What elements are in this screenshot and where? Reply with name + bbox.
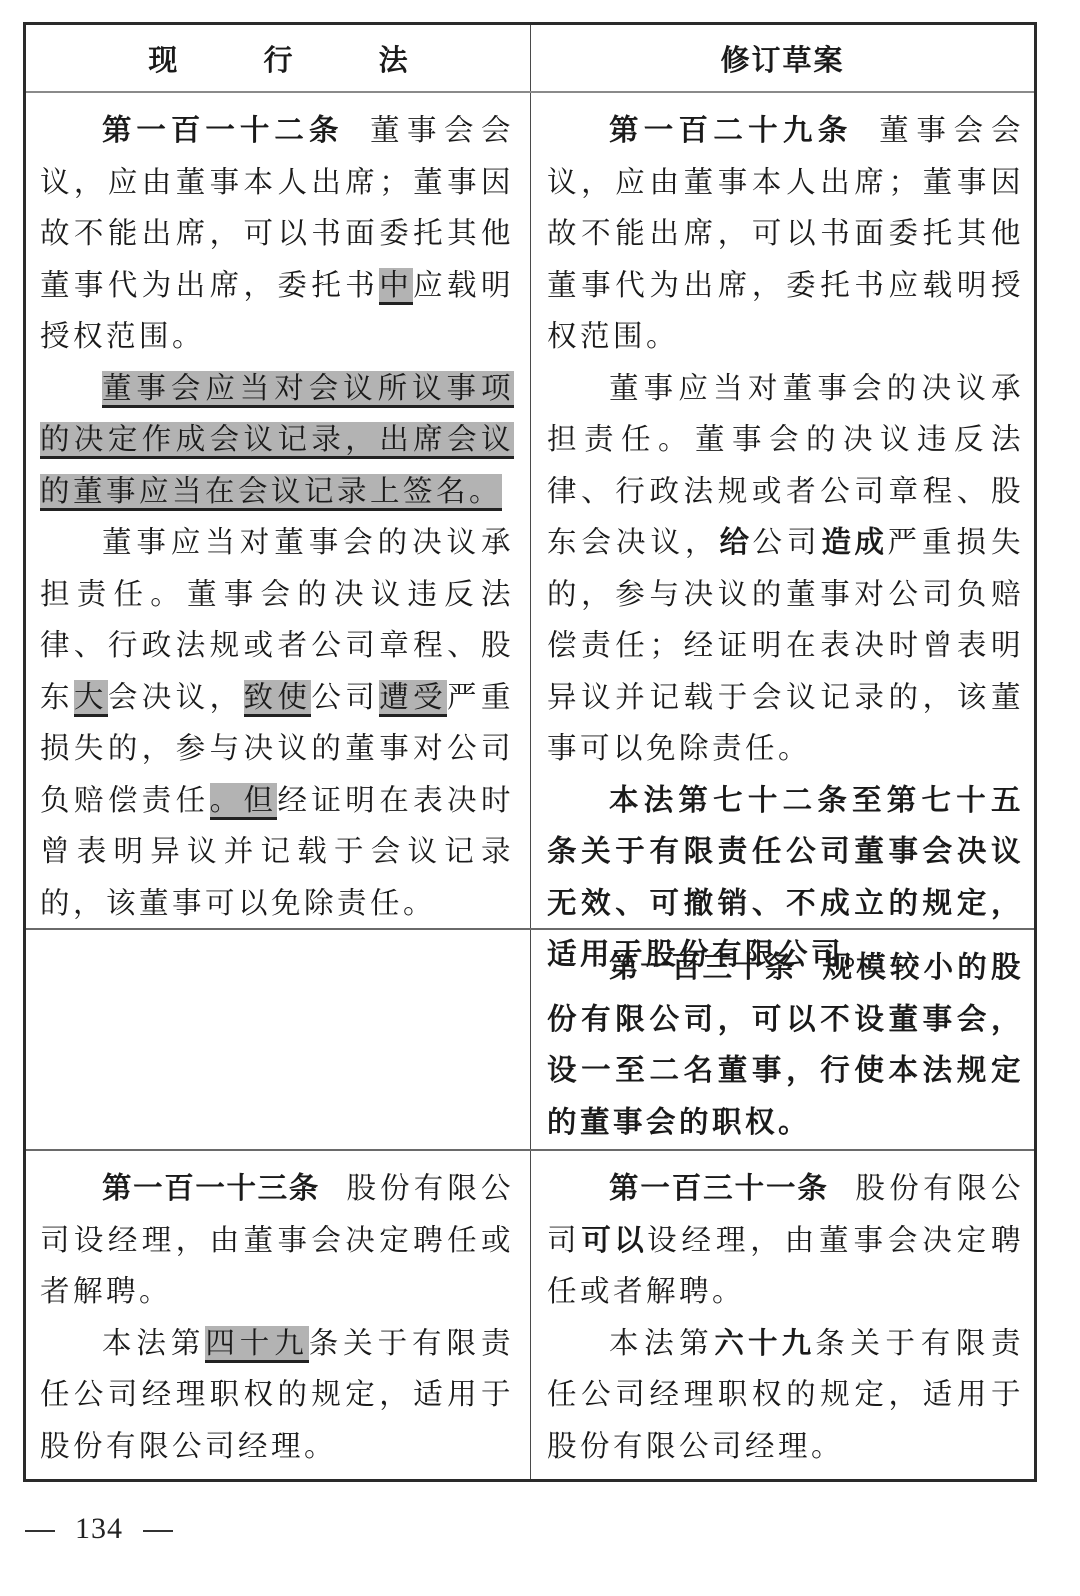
article-paragraph: 本法第六十九条关于有限责任公司经理职权的规定，适用于股份有限公司经理。	[547, 1318, 1024, 1473]
current-law-cell: 第一百一十二条董事会会议，应由董事本人出席；董事因故不能出席，可以书面委托其他董…	[26, 93, 531, 928]
article-paragraph: 第一百一十三条股份有限公司设经理，由董事会决定聘任或者解聘。	[40, 1163, 514, 1318]
article-paragraph: 本法第四十九条关于有限责任公司经理职权的规定，适用于股份有限公司经理。	[40, 1318, 514, 1473]
deleted-text-highlight: 四十九	[205, 1326, 308, 1363]
revised-draft-cell: 第一百三十一条股份有限公司可以设经理，由董事会决定聘任或者解聘。 本法第六十九条…	[531, 1151, 1034, 1479]
revised-draft-cell: 第一百二十九条董事会会议，应由董事本人出席；董事因故不能出席，可以书面委托其他董…	[531, 93, 1034, 928]
added-article-paragraph: 第一百三十条规模较小的股份有限公司，可以不设董事会，设一至二名董事，行使本法规定…	[547, 942, 1024, 1148]
current-law-cell: 第一百一十三条股份有限公司设经理，由董事会决定聘任或者解聘。 本法第四十九条关于…	[26, 1151, 531, 1479]
dash-left	[25, 1530, 55, 1532]
article-number: 第一百三十条	[609, 950, 796, 984]
deleted-text-highlight: 。但	[210, 783, 278, 820]
table-row: 第一百一十二条董事会会议，应由董事本人出席；董事因故不能出席，可以书面委托其他董…	[26, 93, 1034, 930]
deleted-paragraph: 董事会应当对会议所议事项的决定作成会议记录，出席会议的董事应当在会议记录上签名。	[40, 363, 514, 518]
page-number: 134	[25, 1512, 193, 1546]
comparison-table: 现 行 法 修订草案 第一百一十二条董事会会议，应由董事本人出席；董事因故不能出…	[23, 22, 1037, 1482]
added-text: 造成	[821, 525, 887, 559]
deleted-text-highlight: 致使	[244, 680, 312, 717]
table-row: 第一百三十条规模较小的股份有限公司，可以不设董事会，设一至二名董事，行使本法规定…	[26, 930, 1034, 1151]
current-law-cell-empty	[26, 930, 531, 1149]
deleted-text-highlight: 董事会应当对会议所议事项的决定作成会议记录，出席会议的董事应当在会议记录上签名。	[40, 371, 514, 511]
dash-right	[143, 1530, 173, 1532]
deleted-text-highlight: 遭受	[379, 680, 447, 717]
article-paragraph: 第一百二十九条董事会会议，应由董事本人出席；董事因故不能出席，可以书面委托其他董…	[547, 105, 1024, 363]
article-paragraph: 第一百三十一条股份有限公司可以设经理，由董事会决定聘任或者解聘。	[547, 1163, 1024, 1318]
added-text: 六十九	[714, 1326, 815, 1360]
added-text: 给	[719, 525, 752, 559]
deleted-text-highlight: 大	[74, 680, 108, 717]
article-number: 第一百二十九条	[609, 113, 853, 147]
revised-draft-cell: 第一百三十条规模较小的股份有限公司，可以不设董事会，设一至二名董事，行使本法规定…	[531, 930, 1034, 1149]
added-text: 可以	[581, 1223, 647, 1257]
deleted-text-highlight: 中	[379, 268, 413, 305]
article-paragraph: 第一百一十二条董事会会议，应由董事本人出席；董事因故不能出席，可以书面委托其他董…	[40, 105, 514, 363]
header-revised-draft: 修订草案	[531, 25, 1034, 91]
header-current-law: 现 行 法	[26, 25, 531, 91]
table-header-row: 现 行 法 修订草案	[26, 25, 1034, 93]
table-row: 第一百一十三条股份有限公司设经理，由董事会决定聘任或者解聘。 本法第四十九条关于…	[26, 1151, 1034, 1479]
article-paragraph: 董事应当对董事会的决议承担责任。董事会的决议违反法律、行政法规或者公司章程、股东…	[547, 363, 1024, 775]
article-number: 第一百三十一条	[609, 1171, 829, 1205]
current-law-title: 现 行 法	[148, 38, 445, 79]
article-number: 第一百一十三条	[102, 1171, 320, 1205]
article-paragraph: 董事应当对董事会的决议承担责任。董事会的决议违反法律、行政法规或者公司章程、股东…	[40, 517, 514, 929]
article-number: 第一百一十二条	[102, 113, 344, 147]
revised-draft-title: 修订草案	[720, 38, 844, 79]
